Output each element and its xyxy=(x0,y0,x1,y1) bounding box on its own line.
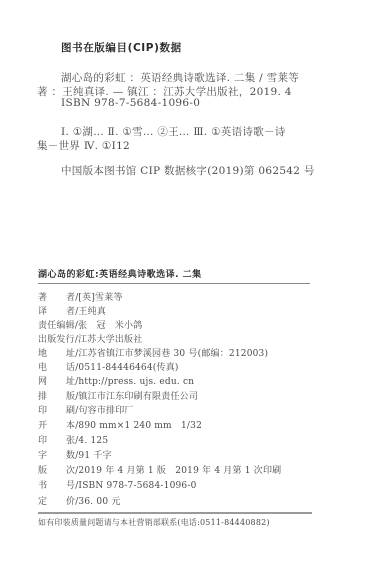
cip-record-number: 中国版本图书馆 CIP 数据核字(2019)第 062542 号 xyxy=(61,163,315,178)
book-title: 湖心岛的彩虹:英语经典诗歌选译. 二集 xyxy=(38,267,202,280)
info-row-website: 网址/http://press. ujs. edu. cn xyxy=(38,374,194,387)
cip-classification: 集－世界 Ⅳ. ①I12 xyxy=(37,138,130,153)
info-row-sheets: 印张/4. 125 xyxy=(38,433,108,446)
info-row-word-count: 字数/91 千字 xyxy=(38,448,112,461)
info-row-translator: 译者/王纯真 xyxy=(38,304,106,317)
quality-contact-note: 如有印装质量问题请与本社营销部联系(电话:0511-84440882) xyxy=(38,517,270,528)
info-row-typesetting: 排版/镇江市江东印刷有限责任公司 xyxy=(38,389,198,402)
copyright-page: 图书在版编目(CIP)数据 湖心岛的彩虹 ：英语经典诗歌选译. 二集 / 雪莱等… xyxy=(0,0,375,584)
info-row-author: 著者/[英]雪莱等 xyxy=(38,290,123,303)
cip-line: 湖心岛的彩虹 ：英语经典诗歌选译. 二集 / 雪莱等 xyxy=(61,70,299,85)
info-row-edition: 版次/2019 年 4 月第 1 版 2019 年 4 月第 1 次印刷 xyxy=(38,463,281,476)
cip-classification: Ⅰ. ①湖… Ⅱ. ①雪… ②王… Ⅲ. ①英语诗歌－诗 xyxy=(61,124,286,139)
info-row-editor: 责任编辑/张 冠 米小鸽 xyxy=(38,318,142,331)
info-row-printing: 印刷/句容市排印厂 xyxy=(38,403,134,416)
info-row-price: 定价/36. 00 元 xyxy=(38,494,121,507)
cip-heading: 图书在版编目(CIP)数据 xyxy=(61,40,182,55)
info-row-address: 地址/江苏省镇江市梦溪园巷 30 号(邮编：212003) xyxy=(38,346,268,359)
info-row-isbn: 书号/ISBN 978-7-5684-1096-0 xyxy=(38,478,197,491)
cip-isbn: ISBN 978-7-5684-1096-0 xyxy=(61,97,200,109)
divider-bottom xyxy=(38,512,312,514)
info-row-publisher: 出版发行/江苏大学出版社 xyxy=(38,332,142,345)
info-row-phone: 电话/0511-84446464(传真) xyxy=(38,360,179,373)
info-row-format: 开本/890 mm×1 240 mm 1/32 xyxy=(38,418,202,431)
divider-top xyxy=(38,283,310,284)
